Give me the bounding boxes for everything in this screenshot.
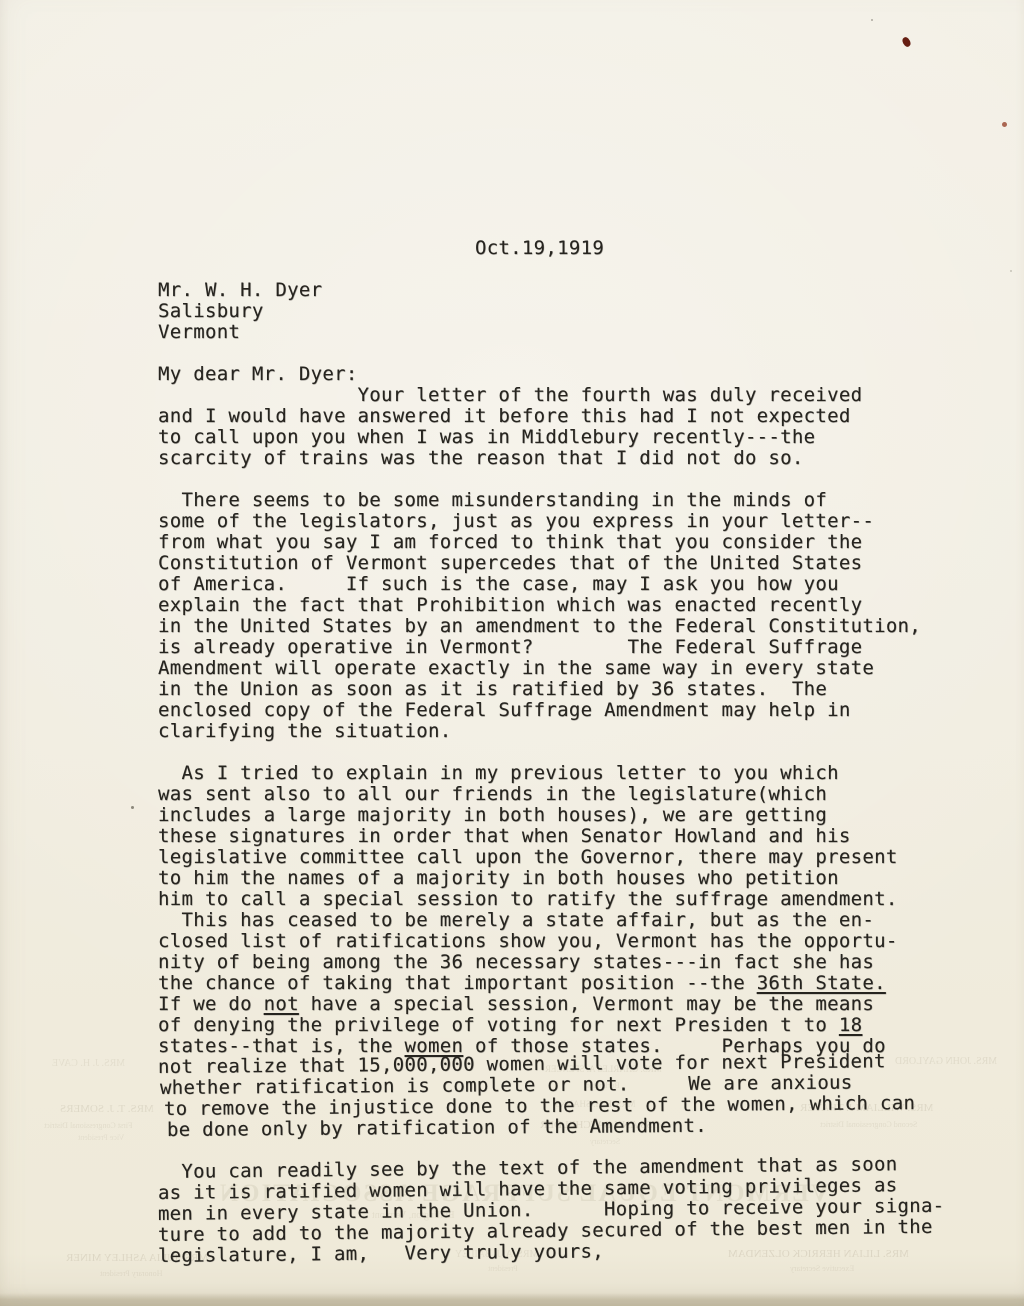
letter-line	[158, 343, 945, 364]
letter-body: Oct.19,1919 Mr. W. H. DyerSalisburyVermo…	[158, 238, 945, 1267]
bleedthrough-text: Honorary President	[100, 1269, 162, 1278]
letter-line: is already operative in Vermont? The Fed…	[158, 637, 945, 658]
letter-line: If we do not have a special session, Ver…	[158, 994, 945, 1015]
letter-line: and I would have answered it before this…	[158, 406, 945, 427]
bleedthrough-text: MRS. T. J. SOMERS	[60, 1103, 154, 1115]
ink-speck	[1002, 122, 1007, 127]
letter-line: clarifying the situation.	[158, 721, 945, 742]
letter-line: This has ceased to be merely a state aff…	[158, 910, 945, 931]
letter-line: Mr. W. H. Dyer	[158, 280, 945, 301]
bleedthrough-text: MRS. J. H. CAVE	[52, 1058, 125, 1069]
ink-speck	[1010, 270, 1012, 272]
letter-line: explain the fact that Prohibition which …	[158, 595, 945, 616]
letter-line: includes a large majority in both houses…	[158, 805, 945, 826]
letter-line: Vermont	[158, 322, 945, 343]
letter-line: in the Union as soon as it is ratified b…	[158, 679, 945, 700]
letter-line: some of the legislators, just as you exp…	[158, 511, 945, 532]
letter-line: Salisbury	[158, 301, 945, 322]
letter-line: Amendment will operate exactly in the sa…	[158, 658, 945, 679]
letter-line: As I tried to explain in my previous let…	[158, 763, 945, 784]
letter-line: closed list of ratifications show you, V…	[158, 931, 945, 952]
letter-line: There seems to be some misunderstanding …	[158, 490, 945, 511]
ink-speck	[871, 19, 873, 21]
letter-line: these signatures in order that when Sena…	[158, 826, 945, 847]
bleedthrough-text: First Congressional District	[44, 1121, 132, 1130]
letter-line: to him the names of a majority in both h…	[158, 868, 945, 889]
letter-line: Constitution of Vermont supercedes that …	[158, 553, 945, 574]
letter-line	[158, 742, 945, 763]
paper-bottom-edge	[0, 1293, 1024, 1306]
ink-speck	[901, 36, 912, 48]
underlined-text: not	[264, 993, 299, 1015]
bleedthrough-text: Vice President	[78, 1133, 124, 1142]
letter-line	[158, 259, 945, 280]
letter-line: enclosed copy of the Federal Suffrage Am…	[158, 700, 945, 721]
letter-line: be done only by ratification of the Amen…	[167, 1114, 945, 1141]
letter-line: him to call a special session to ratify …	[158, 889, 945, 910]
letter-line: in the United States by an amendment to …	[158, 616, 945, 637]
letter-line: Oct.19,1919	[158, 238, 945, 259]
letter-line: the chance of taking that important posi…	[158, 973, 945, 994]
letter-line: My dear Mr. Dyer:	[158, 364, 945, 385]
letter-line: was sent also to all our friends in the …	[158, 784, 945, 805]
letter-line: Your letter of the fourth was duly recei…	[158, 385, 945, 406]
letter-line: to call upon you when I was in Middlebur…	[158, 427, 945, 448]
letter-line: scarcity of trains was the reason that I…	[158, 448, 945, 469]
underlined-text: 18	[839, 1014, 862, 1036]
letter-line: nity of being among the 36 necessary sta…	[158, 952, 945, 973]
letter-line: of America. If such is the case, may I a…	[158, 574, 945, 595]
letter-line: from what you say I am forced to think t…	[158, 532, 945, 553]
ink-speck	[131, 806, 134, 809]
letter-page: MRS. J. H. CAVEMRS. T. J. SOMERSFirst Co…	[0, 0, 1024, 1306]
underlined-text: 36th State.	[757, 972, 886, 994]
letter-line: legislative committee call upon the Gove…	[158, 847, 945, 868]
letter-line: of denying the privilege of voting for n…	[158, 1015, 945, 1036]
letter-line	[158, 469, 945, 490]
